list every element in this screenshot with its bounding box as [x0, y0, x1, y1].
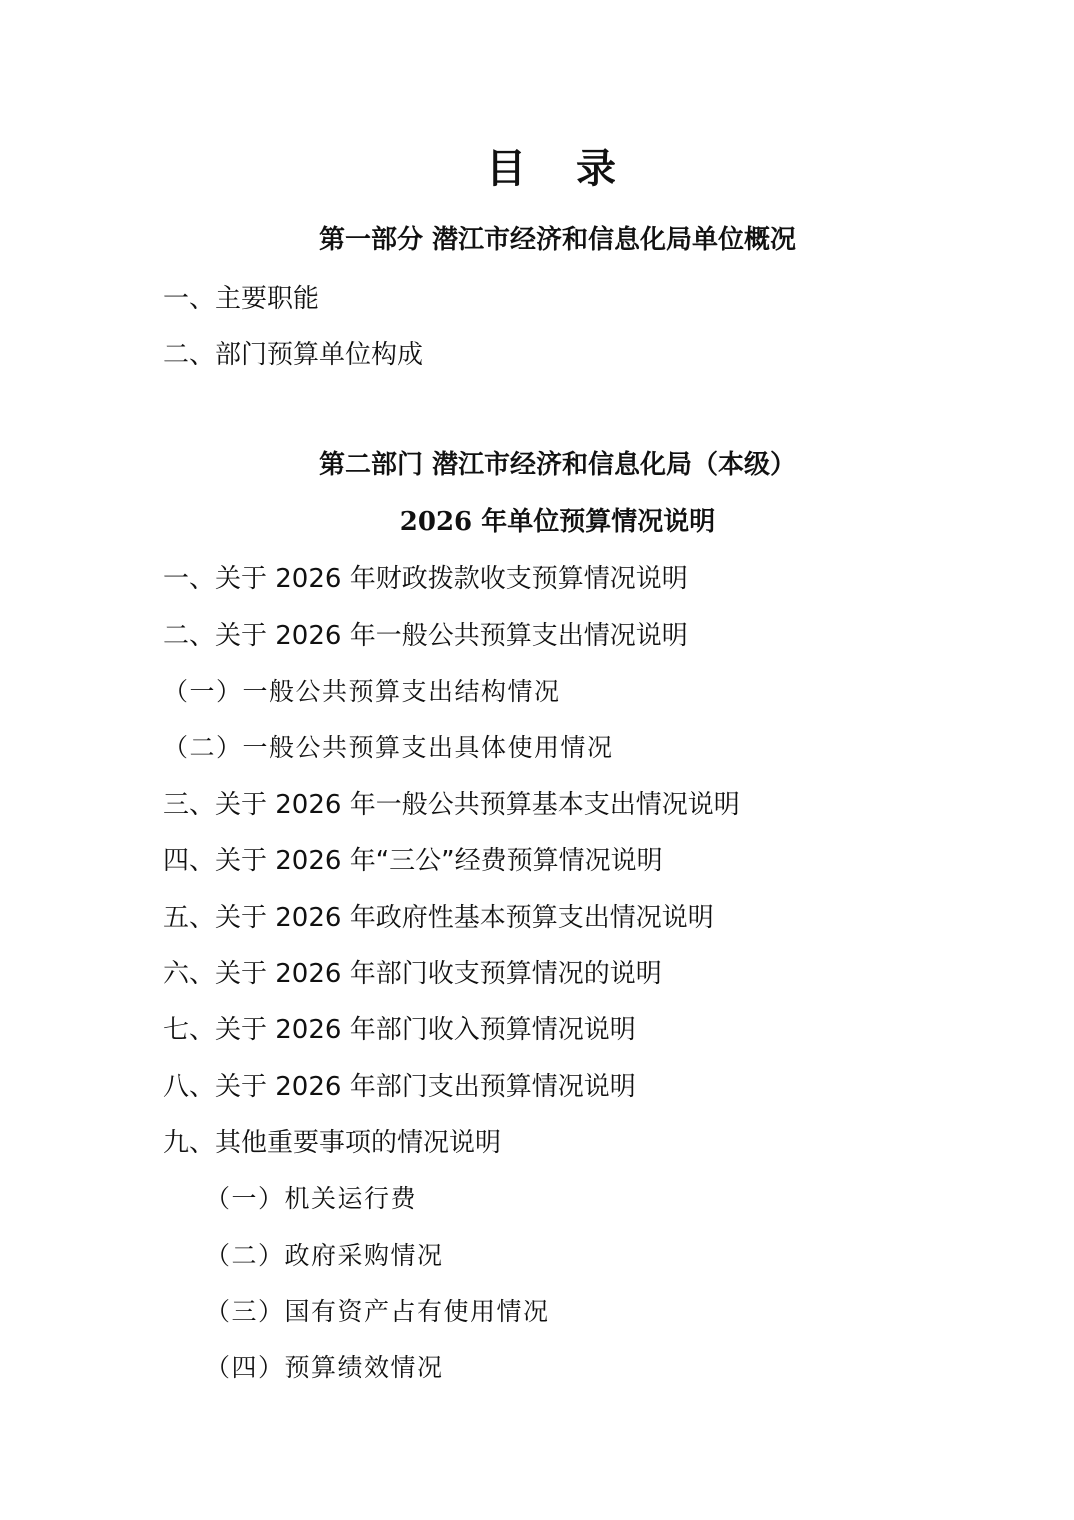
- toc-subitem-2-2: （二）一般公共预算支出具体使用情况: [163, 730, 614, 766]
- part1-heading: 第一部分 潜江市经济和信息化局单位概况: [0, 222, 1074, 258]
- toc-item-5: 五、关于 2026 年政府性基本预算支出情况说明: [163, 900, 714, 936]
- toc-item-budget-unit-composition: 二、部门预算单位构成: [163, 337, 423, 373]
- toc-item-8: 八、关于 2026 年部门支出预算情况说明: [163, 1069, 636, 1105]
- toc-subitem-9-3: （三）国有资产占有使用情况: [205, 1294, 550, 1330]
- toc-item-6: 六、关于 2026 年部门收支预算情况的说明: [163, 956, 662, 992]
- toc-title: 目 录: [0, 143, 1074, 195]
- toc-item-2: 二、关于 2026 年一般公共预算支出情况说明: [163, 618, 688, 654]
- toc-subitem-9-4: （四）预算绩效情况: [205, 1350, 444, 1386]
- toc-subitem-9-2: （二）政府采购情况: [205, 1238, 444, 1274]
- toc-item-3: 三、关于 2026 年一般公共预算基本支出情况说明: [163, 787, 740, 823]
- toc-item-4: 四、关于 2026 年“三公”经费预算情况说明: [163, 843, 663, 879]
- part2-heading-line2: 2026 年单位预算情况说明: [0, 504, 1074, 540]
- part2-heading-line1: 第二部门 潜江市经济和信息化局（本级）: [0, 447, 1074, 483]
- toc-item-main-functions: 一、主要职能: [163, 281, 319, 317]
- toc-item-7: 七、关于 2026 年部门收入预算情况说明: [163, 1012, 636, 1048]
- document-page: 目 录 第一部分 潜江市经济和信息化局单位概况 一、主要职能 二、部门预算单位构…: [0, 0, 1074, 1520]
- toc-subitem-9-1: （一）机关运行费: [205, 1181, 417, 1217]
- toc-subitem-2-1: （一）一般公共预算支出结构情况: [163, 674, 561, 710]
- toc-item-1: 一、关于 2026 年财政拨款收支预算情况说明: [163, 561, 688, 597]
- toc-item-9: 九、其他重要事项的情况说明: [163, 1125, 501, 1161]
